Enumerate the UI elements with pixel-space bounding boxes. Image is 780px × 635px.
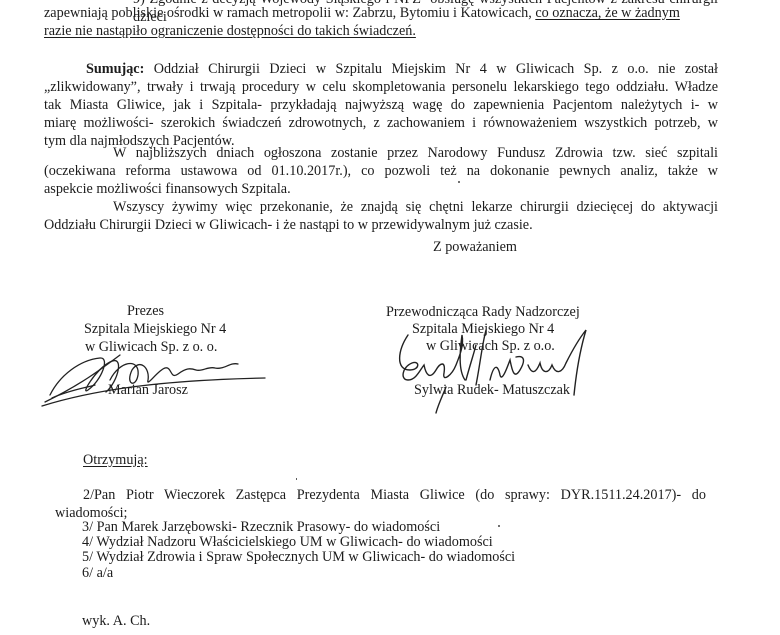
point9-line2: zapewniają pobliskie ośrodki w ramach me… <box>44 4 680 22</box>
signatory1-name: Marian Jarosz <box>108 381 188 399</box>
recipient-item-5: 5/ Wydział Zdrowia i Spraw Społecznych U… <box>82 548 515 566</box>
scan-speck <box>498 525 500 527</box>
nfz-line2: (oczekiwana reforma ustawowa od 01.10.20… <box>44 162 718 180</box>
nfz-line3: aspekcie możliwości finansowych Szpitala… <box>44 180 291 198</box>
nfz-line1: W najbliższych dniach ogłoszona zostanie… <box>113 144 718 162</box>
signatory1-title-line2: Szpitala Miejskiego Nr 4 <box>84 320 226 338</box>
recipient-item-2: 2/Pan Piotr Wieczorek Zastępca Prezydent… <box>83 486 706 504</box>
point9-line3: razie nie nastąpiło ograniczenie dostępn… <box>44 22 416 40</box>
underlined-text: co oznacza, że w żadnym <box>535 5 680 21</box>
signature-sylwia-rudek-matuszczak <box>390 325 600 415</box>
recipient-item-6: 6/ a/a <box>82 564 113 582</box>
scan-speck <box>296 478 297 480</box>
closing-line1: Wszyscy żywimy więc przekonanie, że znaj… <box>113 198 718 216</box>
signatory2-title-line1: Przewodnicząca Rady Nadzorczej <box>386 303 580 321</box>
summary-line3: tak Miasta Gliwice, jak i Szpitala- przy… <box>44 96 718 114</box>
summary-lead: Sumując: <box>86 61 144 77</box>
summary-line1: Sumując: Oddział Chirurgii Dzieci w Szpi… <box>86 60 718 78</box>
salutation: Z poważaniem <box>433 238 517 256</box>
recipients-heading: Otrzymują: <box>83 451 148 469</box>
summary-line2: „zlikwidowany”, trwały i trwają procedur… <box>44 78 718 96</box>
closing-line2: Oddziału Chirurgii Dzieci w Gliwicach- i… <box>44 216 533 234</box>
summary-line4: miarę możliwości- szerokich świadczeń zd… <box>44 114 718 132</box>
scan-speck <box>458 181 460 183</box>
prepared-by: wyk. A. Ch. <box>82 612 150 630</box>
signatory2-name: Sylwia Rudek- Matuszczak <box>414 381 570 399</box>
signatory1-title-line1: Prezes <box>127 302 164 320</box>
signature-marian-jarosz <box>40 340 270 410</box>
